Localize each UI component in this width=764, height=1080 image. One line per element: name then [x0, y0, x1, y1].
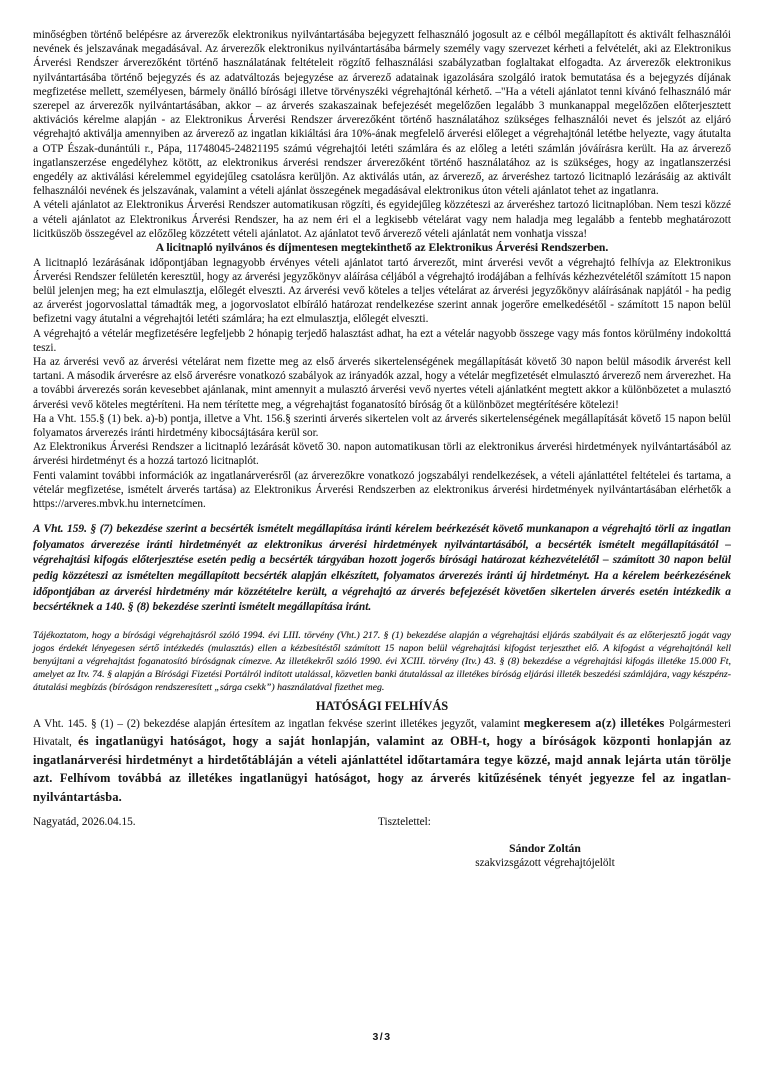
para-vht-159: A Vht. 159. § (7) bekezdése szerint a be… [33, 522, 731, 616]
para-vht-217-notice: Tájékoztatom, hogy a bírósági végrehajtá… [33, 629, 731, 694]
signer-name: Sándor Zoltán [415, 841, 675, 856]
hatosagi-segment-normal-1: A Vht. 145. § (1) – (2) bekezdése alapjá… [33, 718, 524, 730]
para-bid-recording: A vételi ajánlatot az Elektronikus Árver… [33, 198, 731, 241]
para-second-auction: Ha az árverési vevő az árverési vételára… [33, 355, 731, 412]
heading-hatosagi-felhivas: HATÓSÁGI FELHÍVÁS [33, 699, 731, 713]
para-registration-rules: minőségben történő belépésre az árverező… [33, 28, 731, 198]
para-payment-deferral: A végrehajtó a vételár megfizetésére leg… [33, 327, 731, 355]
signature-block: Sándor Zoltán szakvizsgázott végrehajtój… [415, 841, 675, 871]
para-hatosagi-felhivas-body: A Vht. 145. § (1) – (2) bekezdése alapjá… [33, 715, 731, 808]
para-unsuccessful-auction: Ha a Vht. 155.§ (1) bek. a)-b) pontja, i… [33, 412, 731, 440]
heading-licitnaplo-public: A licitnapló nyilvános és díjmentesen me… [33, 241, 731, 256]
place-date: Nagyatád, 2026.04.15. [33, 816, 136, 828]
scanned-document-page: minőségben történő belépésre az árverező… [0, 0, 764, 1080]
para-auto-deletion: Az Elektronikus Árverési Rendszer a lici… [33, 440, 731, 468]
salutation: Tisztelettel: [378, 816, 431, 828]
signer-title: szakvizsgázott végrehajtójelölt [415, 856, 675, 871]
hatosagi-segment-bold-1: megkeresem a(z) illetékes [524, 716, 669, 730]
para-licitnaplo-closing: A licitnapló lezárásának időpontjában le… [33, 256, 731, 327]
hatosagi-segment-bold-2: és ingatlanügyi hatóságot, hogy a saját … [33, 734, 731, 804]
page-number: 3/3 [0, 1031, 764, 1043]
para-further-info: Fenti valamint további információk az in… [33, 469, 731, 512]
closing-block: Nagyatád, 2026.04.15. Tisztelettel: Sánd… [33, 816, 731, 906]
